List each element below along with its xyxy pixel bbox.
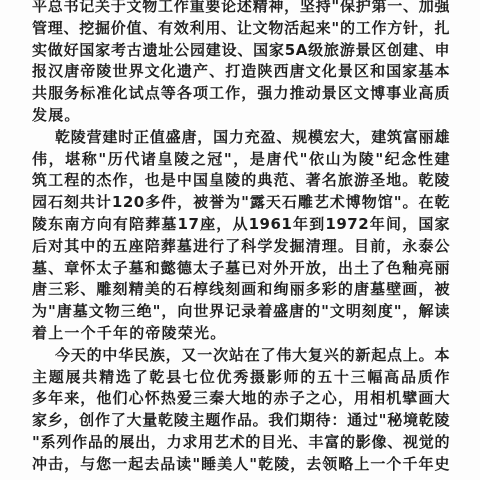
text-line: 管理、挖掘价值、有效利用、让文物活起来"的工作方针，扎 xyxy=(32,18,450,40)
text-line: 冲击，与您一起去品读"睡美人"乾陵，去领略上一个千年史 xyxy=(32,454,450,476)
text-line: 报汉唐帝陵世界文化遗产、打造陕西唐文化景区和国家基本公 xyxy=(32,61,450,83)
document-page: 平总书记关于文物工作重要论述精神，坚持"保护第一、加强管理、挖掘价值、有效利用、… xyxy=(0,0,480,480)
text-line: 实做好国家考古遗址公园建设、国家5A级旅游景区创建、申 xyxy=(32,40,450,62)
text-line: 主题展共精选了乾县七位优秀摄影师的五十三幅高品质作品。 xyxy=(32,367,450,389)
paragraph: 今天的中华民族，又一次站在了伟大复兴的新起点上。本主题展共精选了乾县七位优秀摄影… xyxy=(32,345,450,476)
text-line: 后对其中的五座陪葬墓进行了科学发掘清理。目前，永泰公主 xyxy=(32,236,450,258)
text-line: 筑工程的杰作，也是中国皇陵的典范、著名旅游圣地。乾陵陵 xyxy=(32,170,450,192)
text-line: 着上一个千年的帝陵荣光。 xyxy=(32,323,450,345)
text-line: 家乡，创作了大量乾陵主题作品。我们期待：通过"秘境乾陵 xyxy=(32,410,450,432)
text-line: 伟，堪称"历代诸皇陵之冠"，是唐代"依山为陵"纪念性建 xyxy=(32,149,450,171)
text-line: 唐三彩、雕刻精美的石椁线刻画和绚丽多彩的唐墓壁画，被称 xyxy=(32,279,450,301)
text-line: 发展。 xyxy=(32,105,450,127)
paragraph: 乾陵营建时正值盛唐，国力充盈、规模宏大，建筑富丽雄伟，堪称"历代诸皇陵之冠"，是… xyxy=(32,127,450,345)
document-text: 平总书记关于文物工作重要论述精神，坚持"保护第一、加强管理、挖掘价值、有效利用、… xyxy=(32,0,450,476)
text-line: 共服务标准化试点等各项工作，强力推动景区文博事业高质量 xyxy=(32,83,450,105)
text-line: 乾陵营建时正值盛唐，国力充盈、规模宏大，建筑富丽雄 xyxy=(32,127,450,149)
text-line: 今天的中华民族，又一次站在了伟大复兴的新起点上。本 xyxy=(32,345,450,367)
paragraph: 平总书记关于文物工作重要论述精神，坚持"保护第一、加强管理、挖掘价值、有效利用、… xyxy=(32,0,450,127)
text-line: 平总书记关于文物工作重要论述精神，坚持"保护第一、加强 xyxy=(32,0,450,18)
text-line: 为"唐墓文物三绝"，向世界记录着盛唐的"文明刻度"，解读 xyxy=(32,301,450,323)
text-line: 园石刻共计120多件，被誉为"露天石雕艺术博物馆"。在乾 xyxy=(32,192,450,214)
text-line: "系列作品的展出，力求用艺术的目光、丰富的影像、视觉的 xyxy=(32,432,450,454)
text-line: 陵东南方向有陪葬墓17座，从1961年到1972年间，国家先 xyxy=(32,214,450,236)
text-line: 多年来，他们心怀热爱三秦大地的赤子之心，用相机擘画大美 xyxy=(32,388,450,410)
text-line: 墓、章怀太子墓和懿德太子墓已对外开放，出土了色釉亮丽的 xyxy=(32,258,450,280)
